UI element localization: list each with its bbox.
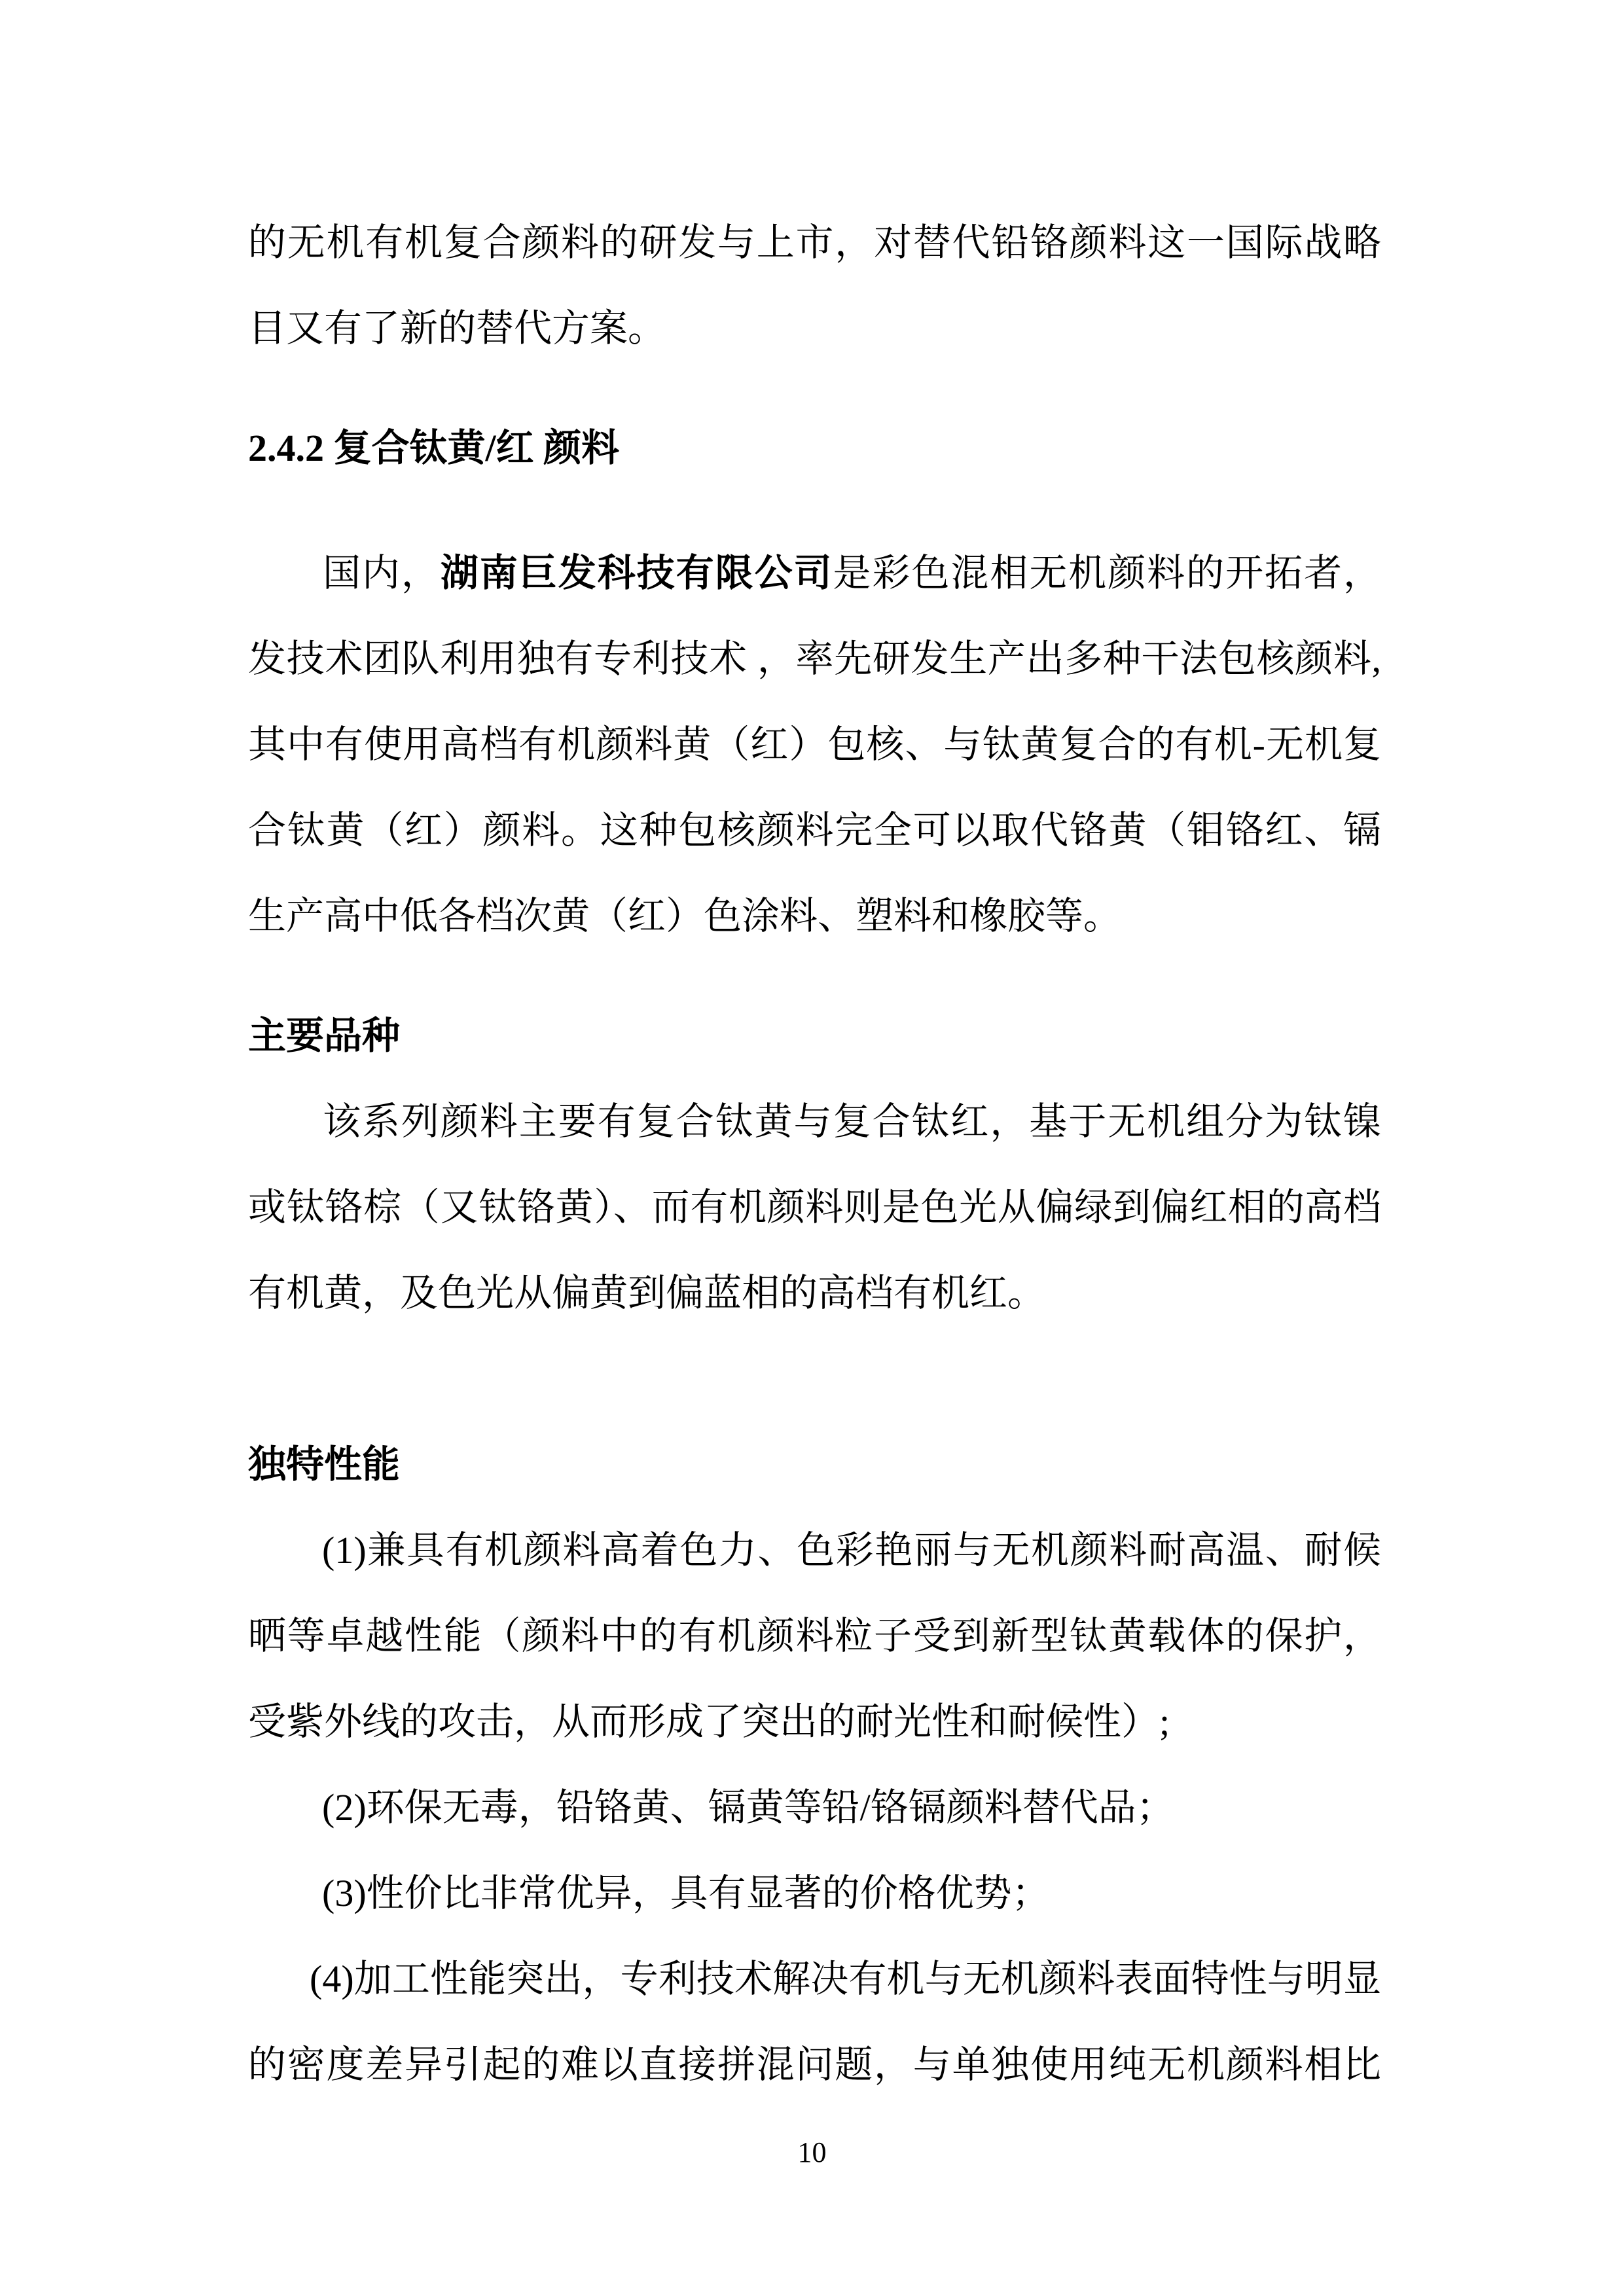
- heading-line: 主要品种: [248, 993, 1381, 1079]
- text-line: (1)兼具有机颜料高着色力、色彩艳丽与无机颜料耐高温、耐候耐: [248, 1507, 1381, 1593]
- text-line: 受紫外线的攻击，从而形成了突出的耐光性和耐候性）;: [248, 1679, 1381, 1765]
- document-page: { "page": { "number": "10" }, "colors": …: [0, 0, 1624, 2296]
- text-segment: 国内，: [323, 552, 441, 594]
- blank-line: [248, 1336, 1381, 1422]
- bold-text-segment: 湖南巨发科技有限公司: [441, 552, 833, 594]
- text-line: 发技术团队利用独有专利技术 ，率先研发生产出多种干法包核颜料,: [248, 616, 1381, 702]
- text-line: 合钛黄（红）颜料。这种包核颜料完全可以取代铬黄（钼铬红、镉红），: [248, 787, 1381, 873]
- text-line: 目又有了新的替代方案。: [248, 285, 1381, 371]
- company-paragraph: 国内，湖南巨发科技有限公司是彩色混相无机颜料的开拓者，巨发技术团队利用独有专利技…: [248, 530, 1381, 959]
- varieties-paragraph: 该系列颜料主要有复合钛黄与复合钛红，基于无机组分为钛镍黄或钛铬棕（又钛铬黄）、而…: [248, 1079, 1381, 1336]
- intro-paragraph: 的无机有机复合颜料的研发与上市，对替代铅铬颜料这一国际战略项目又有了新的替代方案…: [248, 200, 1381, 371]
- page-number: 10: [0, 2133, 1624, 2172]
- heading-line: 2.4.2 复合钛黄/红 颜料: [248, 405, 1381, 491]
- section-heading-242: 2.4.2 复合钛黄/红 颜料: [248, 405, 1381, 491]
- section-heading-varieties: 主要品种: [248, 993, 1381, 1079]
- text-line: 生产高中低各档次黄（红）色涂料、塑料和橡胶等。: [248, 873, 1381, 959]
- text-line: (2)环保无毒，铅铬黄、镉黄等铅/铬镉颜料替代品；: [248, 1765, 1381, 1850]
- text-line: 或钛铬棕（又钛铬黄）、而有机颜料则是色光从偏绿到偏红相的高档: [248, 1164, 1381, 1250]
- page-content: 的无机有机复合颜料的研发与上市，对替代铅铬颜料这一国际战略项目又有了新的替代方案…: [0, 0, 1624, 2108]
- text-line: 的密度差异引起的难以直接拼混问题，与单独使用纯无机颜料相比显: [248, 2022, 1381, 2108]
- text-line: 国内，湖南巨发科技有限公司是彩色混相无机颜料的开拓者，巨: [248, 530, 1381, 616]
- text-line: (3)性价比非常优异，具有显著的价格优势；: [248, 1850, 1381, 1936]
- text-line: 其中有使用高档有机颜料黄（红）包核、与钛黄复合的有机-无机复: [248, 702, 1381, 787]
- properties-list: (1)兼具有机颜料高着色力、色彩艳丽与无机颜料耐高温、耐候耐晒等卓越性能（颜料中…: [248, 1507, 1381, 2108]
- text-line: 该系列颜料主要有复合钛黄与复合钛红，基于无机组分为钛镍黄: [248, 1079, 1381, 1164]
- section-heading-properties: 独特性能: [248, 1422, 1381, 1507]
- text-line: (4)加工性能突出，专利技术解决有机与无机颜料表面特性与明显: [248, 1936, 1381, 2022]
- text-line: 有机黄，及色光从偏黄到偏蓝相的高档有机红。: [248, 1250, 1381, 1336]
- heading-line: 独特性能: [248, 1422, 1381, 1507]
- text-line: 的无机有机复合颜料的研发与上市，对替代铅铬颜料这一国际战略项: [248, 200, 1381, 285]
- text-line: 晒等卓越性能（颜料中的有机颜料粒子受到新型钛黄载体的保护，免: [248, 1593, 1381, 1679]
